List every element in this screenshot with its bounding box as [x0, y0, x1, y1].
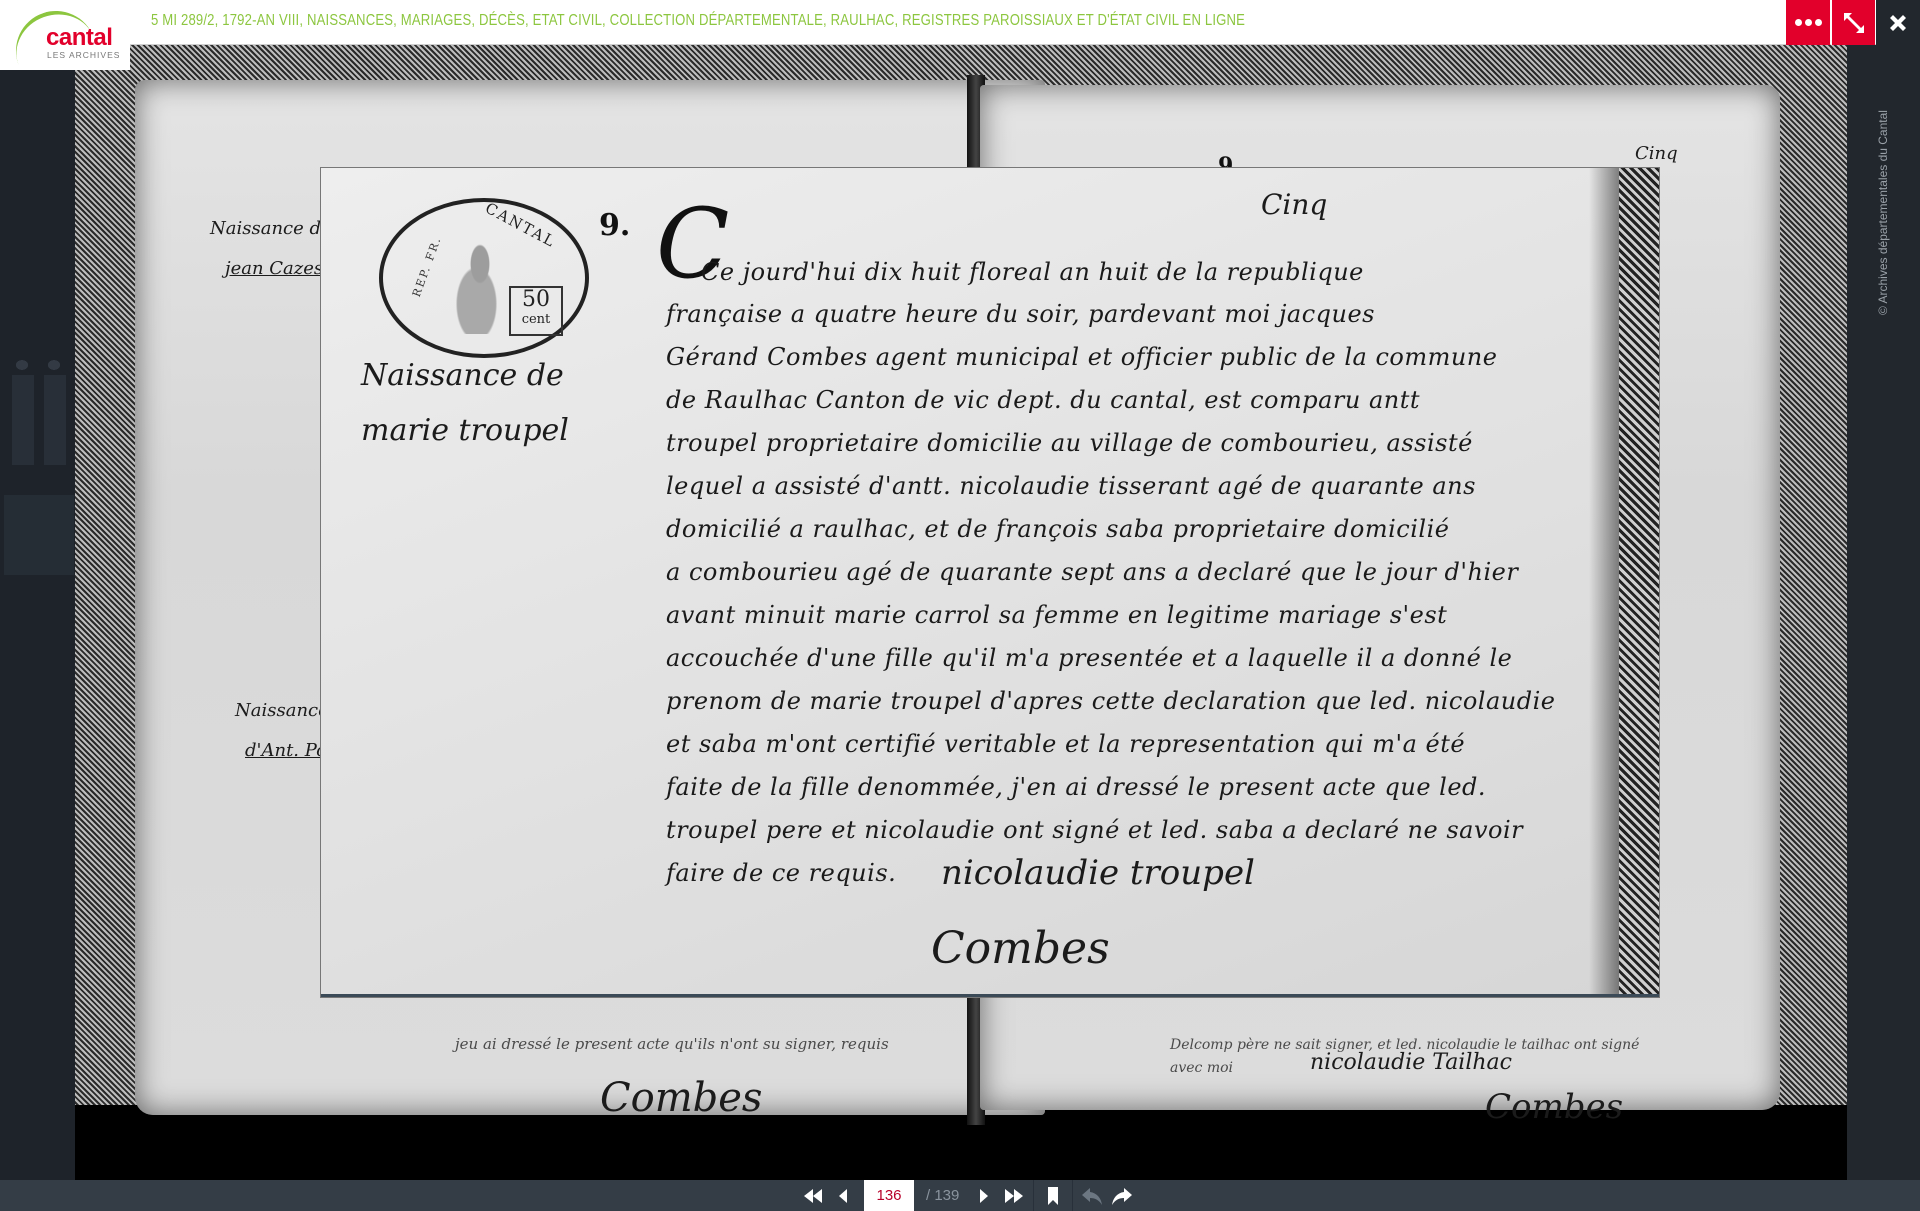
inset-line: prenom de marie troupel d'apres cette de… [666, 687, 1555, 715]
redo-icon [1110, 1186, 1134, 1206]
stamp-unit: cent [511, 312, 561, 328]
right-footer-line-2: avec moi [1170, 1060, 1233, 1076]
redo-button[interactable] [1107, 1180, 1137, 1211]
logo-brand: cantal [46, 24, 112, 52]
close-button[interactable] [1876, 0, 1920, 45]
inset-line: lequel a assisté d'antt. nicolaudie tiss… [666, 472, 1476, 500]
pager-controls: / 139 [798, 1180, 1137, 1211]
next-page-icon [977, 1187, 991, 1205]
inset-signature-2: Combes [931, 923, 1110, 974]
expand-arrows-icon [1841, 10, 1867, 36]
left-background [0, 45, 75, 1180]
total-pages-label: / 139 [920, 1187, 969, 1204]
more-options-button[interactable] [1786, 0, 1830, 45]
inset-line: troupel pere et nicolaudie ont signé et … [666, 816, 1523, 844]
right-signature-2: Combes [1485, 1087, 1623, 1127]
header-bar: 5 MI 289/2, 1792-AN VIII, NAISSANCES, MA… [0, 0, 1920, 45]
previous-page-button[interactable] [828, 1180, 858, 1211]
prev-page-icon [836, 1187, 850, 1205]
last-page-icon [1002, 1187, 1026, 1205]
left-margin-note-2a: Naissance [235, 700, 329, 721]
first-page-button[interactable] [798, 1180, 828, 1211]
inset-line: a combourieu agé de quarante sept ans a … [666, 558, 1518, 586]
copyright-notice: © Archives départementales du Cantal [1876, 80, 1890, 315]
left-signature: Combes [600, 1075, 762, 1121]
bookmark-icon [1046, 1186, 1060, 1206]
logo-subtitle: LES ARCHIVES [47, 50, 120, 60]
tax-stamp: CANTAL REP. FR. 50 cent [379, 198, 589, 358]
next-page-button[interactable] [969, 1180, 999, 1211]
cantal-archives-logo[interactable]: cantal LES ARCHIVES [0, 0, 130, 70]
bookmark-button[interactable] [1038, 1180, 1068, 1211]
magnifier-inset[interactable]: CANTAL REP. FR. 50 cent 9. C Cinq Naissa… [321, 168, 1659, 997]
image-viewer: 8. Naissance de jean Cazes. Naissance d'… [0, 0, 1920, 1211]
inset-entry-number: 9. [599, 208, 630, 243]
document-scan[interactable]: 8. Naissance de jean Cazes. Naissance d'… [75, 45, 1847, 1180]
inset-corner-note: Cinq [1261, 188, 1327, 221]
undo-button[interactable] [1077, 1180, 1107, 1211]
inset-binding-edge [1619, 168, 1659, 994]
inset-line: faire de ce requis. [666, 859, 896, 887]
stamp-value: 50 [511, 288, 561, 312]
stamp-left-text: REP. FR. [410, 234, 444, 298]
document-title: 5 MI 289/2, 1792-AN VIII, NAISSANCES, MA… [151, 12, 1245, 30]
right-corner-note: Cinq [1635, 143, 1678, 164]
inset-signature-1: nicolaudie troupel [941, 853, 1255, 893]
right-signature-1: nicolaudie Tailhac [1310, 1050, 1512, 1075]
inset-line: accouchée d'une fille qu'il m'a presenté… [666, 644, 1512, 672]
left-footer-line: jeu ai dressé le present acte qu'ils n'o… [455, 1035, 889, 1053]
close-icon [1886, 11, 1910, 35]
last-page-button[interactable] [999, 1180, 1029, 1211]
toolbar-divider [1072, 1180, 1073, 1211]
inset-edge-shadow [1589, 168, 1619, 994]
toolbar-divider [1033, 1180, 1034, 1211]
left-margin-note-1b: jean Cazes. [225, 258, 329, 279]
inset-line: avant minuit marie carrol sa femme en le… [666, 601, 1447, 629]
current-page-input[interactable] [864, 1180, 914, 1211]
inset-line: troupel proprietaire domicilie au villag… [666, 429, 1473, 457]
right-sidebar: © Archives départementales du Cantal [1847, 45, 1920, 1180]
left-margin-note-1a: Naissance de [210, 218, 332, 239]
inset-margin-note-a: Naissance de [361, 358, 564, 393]
fullscreen-button[interactable] [1831, 0, 1875, 45]
inset-line: Ce jourd'hui dix huit floreal an huit de… [701, 258, 1364, 286]
inset-line: Gérand Combes agent municipal et officie… [666, 343, 1497, 371]
background-illustration [4, 345, 74, 585]
inset-margin-note-b: marie troupel [361, 413, 569, 448]
ellipsis-icon [1795, 19, 1822, 26]
stamp-value-box: 50 cent [509, 286, 563, 336]
inset-line: française a quatre heure du soir, pardev… [666, 300, 1375, 328]
stamp-figure [445, 234, 515, 334]
inset-line: et saba m'ont certifié veritable et la r… [666, 730, 1465, 758]
page-navigation-toolbar: / 139 [0, 1180, 1920, 1211]
undo-icon [1080, 1186, 1104, 1206]
inset-line: de Raulhac Canton de vic dept. du cantal… [666, 386, 1420, 414]
inset-line: domicilié a raulhac, et de françois saba… [666, 515, 1449, 543]
first-page-icon [801, 1187, 825, 1205]
inset-line: faite de la fille denommée, j'en ai dres… [666, 773, 1486, 801]
